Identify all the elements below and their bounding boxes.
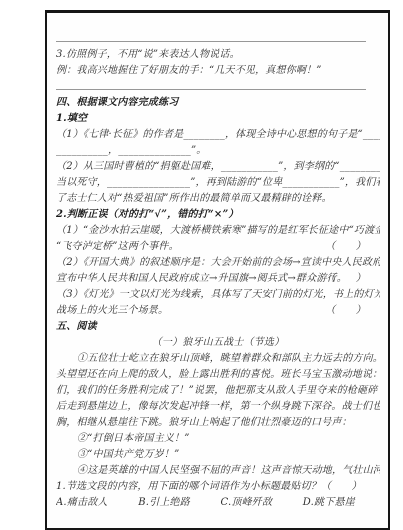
section-divider-middle: [56, 89, 366, 90]
answer-parentheses: （ ）: [325, 271, 366, 287]
passage-para1-line4: 后走到悬崖边上，像每次发起冲锋一样，第一个纵身跳下深谷。战士们也昂首挺: [56, 399, 380, 415]
worksheet-page-frame: 3.仿照例子，不用“说”来表达人物说话。例：我高兴地握住了好朋友的手：“几天不见…: [45, 10, 390, 508]
line-text: 们，我们的任务胜利完成了！”说罢，他把那支从敌人手里夺来的枪砸碎了，然: [56, 385, 380, 396]
reading-passage-title: （一）狼牙山五战士（节选）: [56, 335, 380, 351]
fill-blank-q1-line1: （1）《七律·长征》的作者是________，体现全诗中心思想的句子是“____…: [56, 127, 380, 143]
line-text: A.痛击敌人 B.引上绝路 C.顶峰歼敌 D.跳下悬崖: [56, 497, 355, 508]
exercise-3-example: 例：我高兴地握住了好朋友的手：“几天不见，真想你啊！”: [56, 63, 380, 79]
line-text: （一）狼牙山五战士（节选）: [152, 337, 285, 348]
worksheet-content: 3.仿照例子，不用“说”来表达人物说话。例：我高兴地握住了好朋友的手：“几天不见…: [56, 41, 380, 508]
line-text: （2）《开国大典》的叙述顺序是：大会开始前的会场→宣读中央人民政府公告→: [56, 257, 380, 268]
passage-para1-line2: 头望望还在向上爬的敌人，脸上露出胜利的喜悦。班长马宝玉激动地说：“同志: [56, 367, 380, 383]
fill-blank-q2-line1: （2）从三国时曹植的“捐躯赴国难，___________”，到李纲的“_____…: [56, 159, 380, 175]
line-text: 2.判断正误（对的打“√”，错的打“×”）: [56, 209, 239, 220]
line-text: 宣布中华人民共和国人民政府成立→升国旗→阅兵式→群众游行。: [56, 273, 347, 284]
passage-para1-line5: 胸，相继从悬崖往下跳。狼牙山上响起了他们壮烈豪迈的口号声：: [56, 415, 380, 431]
reading-q1-stem: 1.节选文段的内容，用下面的哪个词语作为小标题最贴切？（ ）: [56, 479, 380, 495]
section-4-heading: 四、根据课文内容完成练习: [56, 95, 380, 111]
line-text: ①五位壮士屹立在狼牙山顶峰，眺望着群众和部队主力远去的方向。他们回: [77, 353, 380, 364]
exercise-3-instruction: 3.仿照例子，不用“说”来表达人物说话。: [56, 47, 380, 63]
line-text: （2）从三国时曹植的“捐躯赴国难，___________”，到李纲的“_____…: [56, 161, 380, 172]
passage-para3: ③“中国共产党万岁！”: [56, 447, 380, 463]
passage-para1-line3: 们，我们的任务胜利完成了！”说罢，他把那支从敌人手里夺来的枪砸碎了，然: [56, 383, 380, 399]
line-text: （1）“金沙水拍云崖暖，大渡桥横铁索寒”描写的是红军长征途中“巧渡金沙江”: [56, 225, 380, 236]
line-text: 五、阅读: [56, 321, 97, 332]
true-false-q3-line2: 战场上的火光三个场景。（ ）: [56, 303, 380, 319]
line-text: 战场上的火光三个场景。: [56, 305, 168, 316]
section-divider-top: [56, 41, 366, 42]
line-text: 头望望还在向上爬的敌人，脸上露出胜利的喜悦。班长马宝玉激动地说：“同志: [56, 369, 380, 380]
line-text: （1）《七律·长征》的作者是________，体现全诗中心思想的句子是“____…: [56, 129, 380, 140]
line-text: 胸，相继从悬崖往下跳。狼牙山上响起了他们壮烈豪迈的口号声：: [56, 417, 352, 428]
answer-parentheses: （ ）: [325, 239, 366, 255]
reading-q1-options: A.痛击敌人 B.引上绝路 C.顶峰歼敌 D.跳下悬崖: [56, 495, 380, 508]
true-false-q1-line1: （1）“金沙水拍云崖暖，大渡桥横铁索寒”描写的是红军长征途中“巧渡金沙江”: [56, 223, 380, 239]
passage-para2: ②“打倒日本帝国主义！”: [56, 431, 380, 447]
passage-para1-line1: ①五位壮士屹立在狼牙山顶峰，眺望着群众和部队主力远去的方向。他们回: [56, 351, 380, 367]
true-false-q3-line1: （3）《灯光》一文以灯光为线索，具体写了天安门前的灯光，书上的灯光插图和: [56, 287, 380, 303]
section-5-heading: 五、阅读: [56, 319, 380, 335]
passage-para4: ④这是英雄的中国人民坚强不屈的声音！这声音惊天动地，气壮山河！: [56, 463, 380, 479]
line-text: 例：我高兴地握住了好朋友的手：“几天不见，真想你啊！”: [56, 65, 322, 76]
line-text: ④这是英雄的中国人民坚强不屈的声音！这声音惊天动地，气壮山河！: [77, 465, 380, 476]
line-text: 四、根据课文内容完成练习: [56, 97, 178, 108]
fill-blank-q2-line3: 了志士仁人对“热爱祖国”所作出的最简单而又最精辟的诠释。: [56, 191, 380, 207]
line-text: 了志士仁人对“热爱祖国”所作出的最简单而又最精辟的诠释。: [56, 193, 332, 204]
line-text: __________，______________”。: [56, 145, 207, 156]
line-text: 1.填空: [56, 113, 87, 124]
true-false-q1-line2: “飞夺泸定桥”这两个事件。（ ）: [56, 239, 380, 255]
line-text: 后走到悬崖边上，像每次发起冲锋一样，第一个纵身跳下深谷。战士们也昂首挺: [56, 401, 380, 412]
line-text: ③“中国共产党万岁！”: [77, 449, 179, 460]
true-false-q2-line2: 宣布中华人民共和国人民政府成立→升国旗→阅兵式→群众游行。（ ）: [56, 271, 380, 287]
line-text: “飞夺泸定桥”这两个事件。: [56, 241, 179, 252]
true-false-heading: 2.判断正误（对的打“√”，错的打“×”）: [56, 207, 380, 223]
fill-blank-q1-line2: __________，______________”。: [56, 143, 380, 159]
line-text: 3.仿照例子，不用“说”来表达人物说话。: [56, 49, 240, 60]
answer-parentheses: （ ）: [325, 303, 366, 319]
line-text: 当以死守，________________”，再到陆游的“位卑_________…: [56, 177, 380, 188]
true-false-q2-line1: （2）《开国大典》的叙述顺序是：大会开始前的会场→宣读中央人民政府公告→: [56, 255, 380, 271]
line-text: （3）《灯光》一文以灯光为线索，具体写了天安门前的灯光，书上的灯光插图和: [56, 289, 380, 300]
fill-blank-q2-line2: 当以死守，________________”，再到陆游的“位卑_________…: [56, 175, 380, 191]
line-text: 1.节选文段的内容，用下面的哪个词语作为小标题最贴切？（ ）: [56, 481, 362, 492]
line-text: ②“打倒日本帝国主义！”: [77, 433, 190, 444]
fill-blank-heading: 1.填空: [56, 111, 380, 127]
